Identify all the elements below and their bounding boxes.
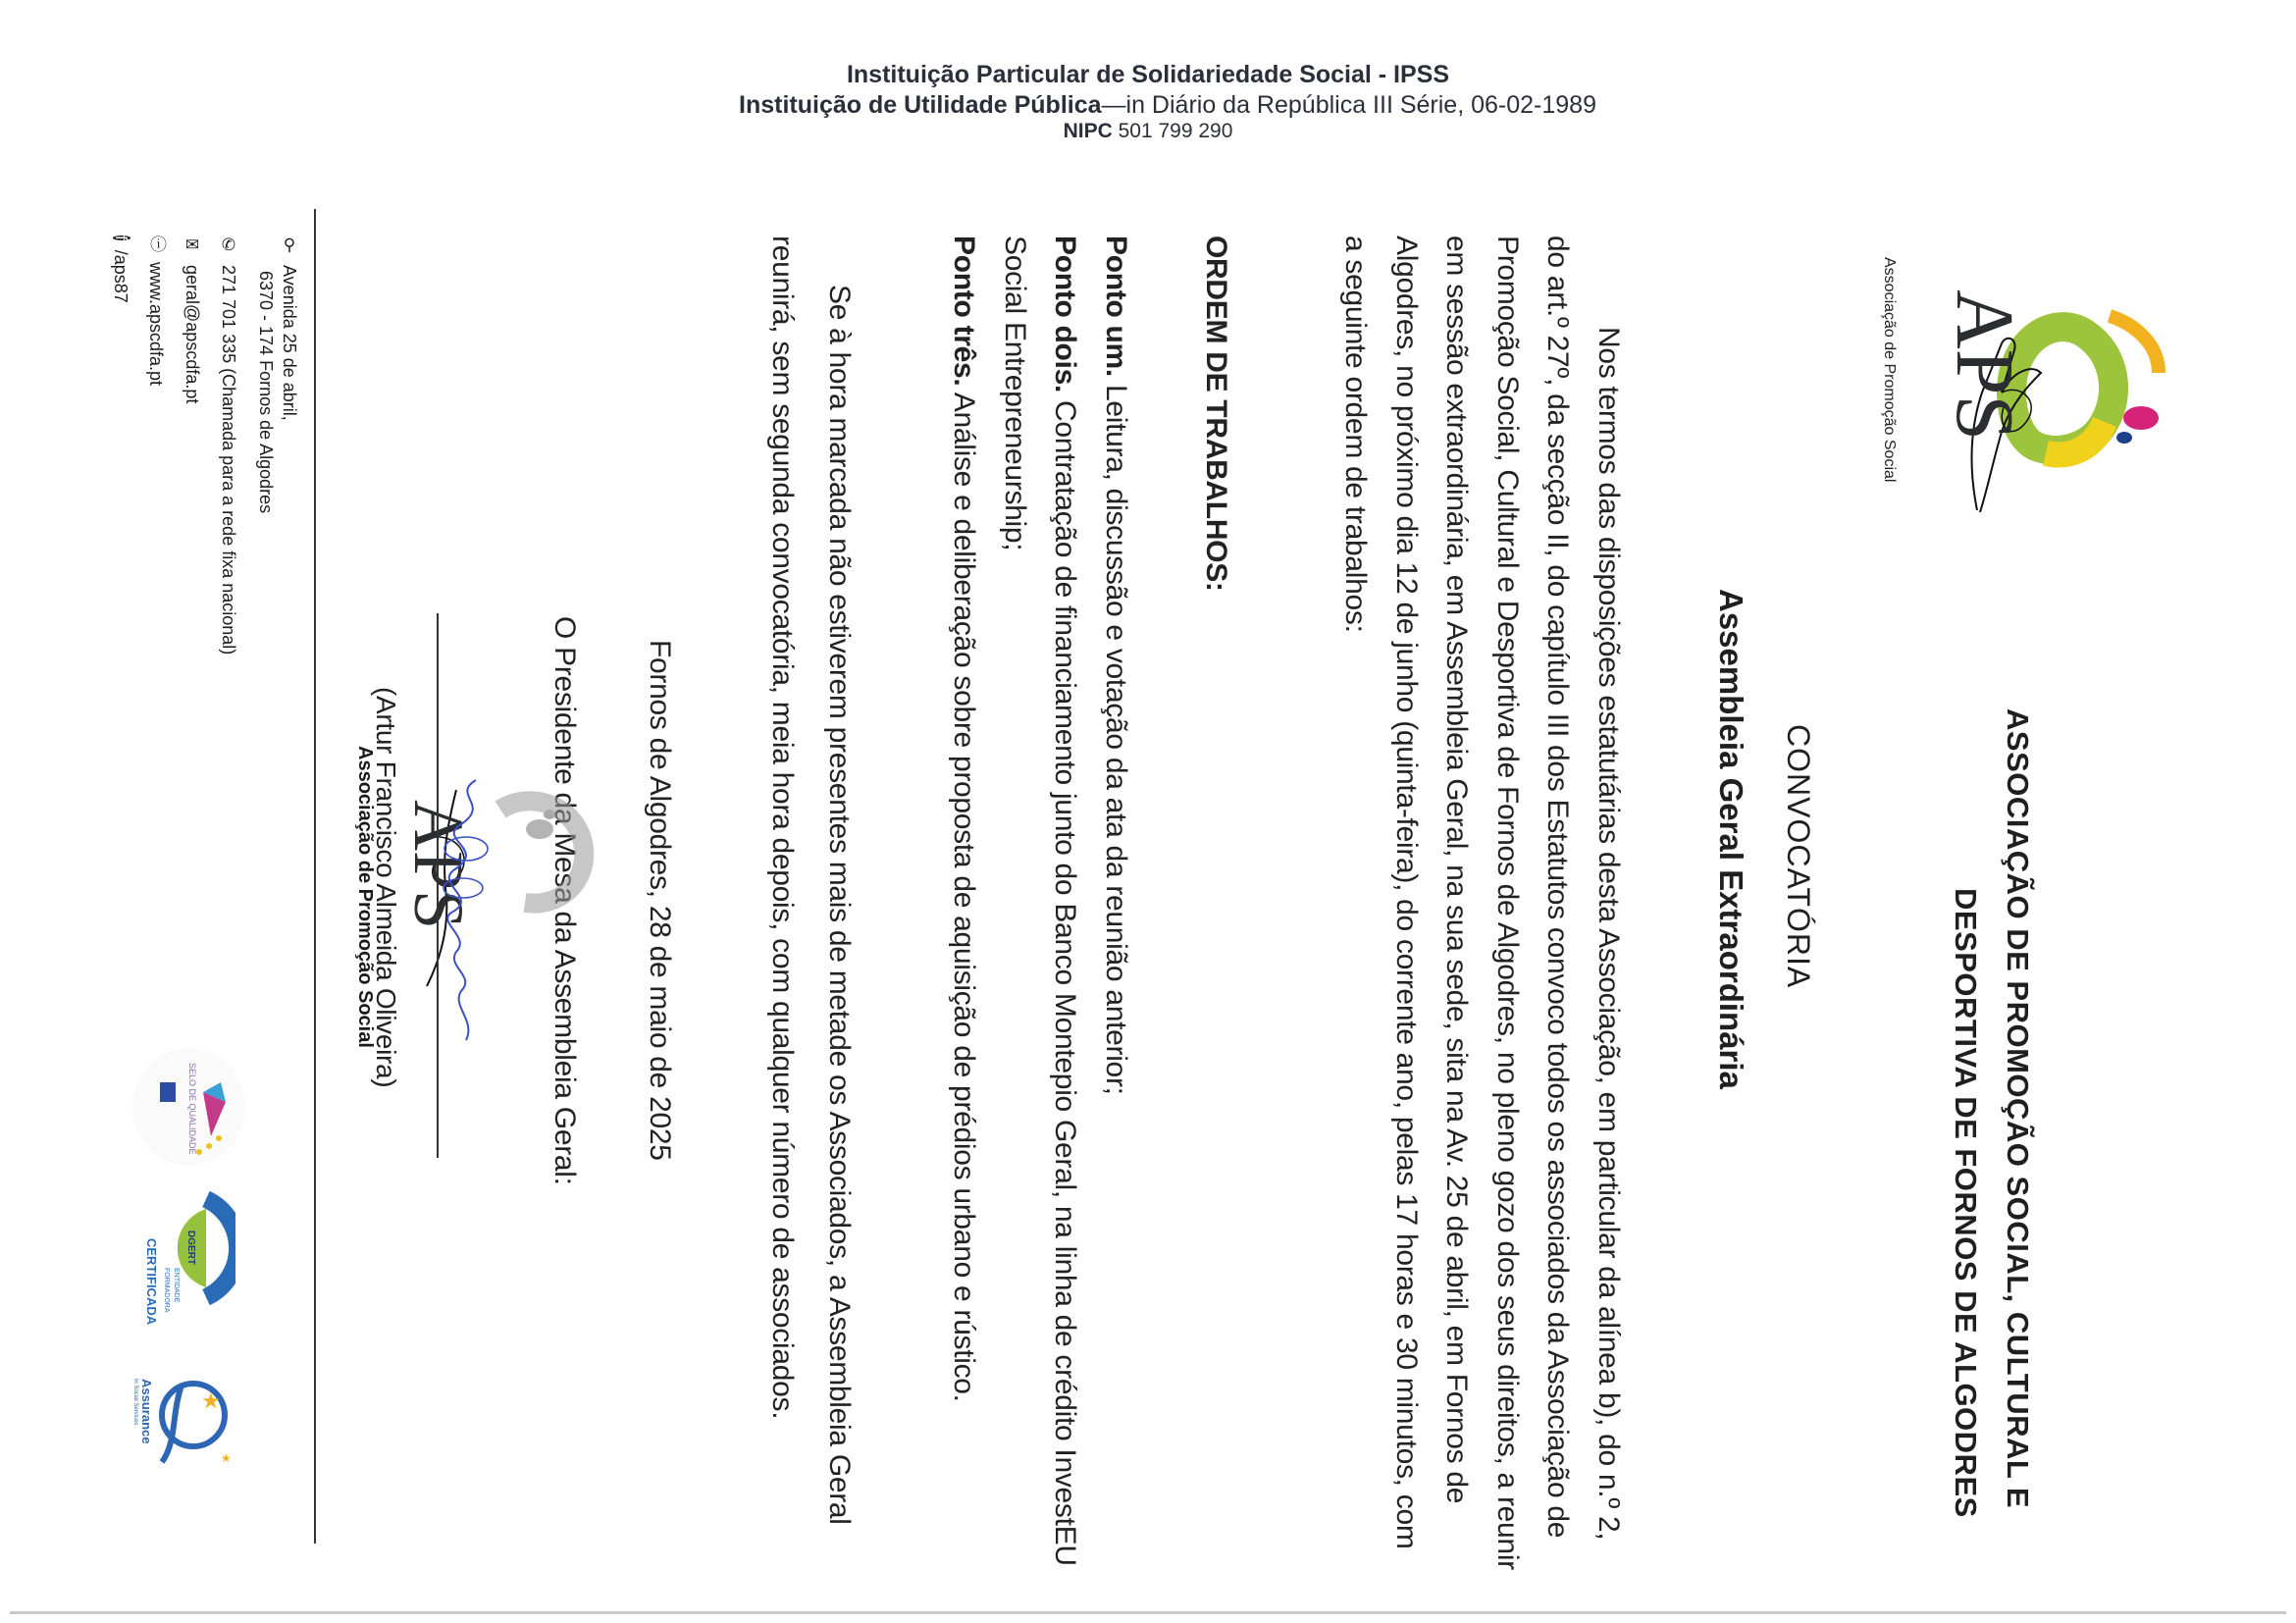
svg-text:DGERT: DGERT xyxy=(185,1230,196,1265)
org-name-line2: DESPORTIVA DE FORNOS DE ALGODRES xyxy=(1948,888,1983,1518)
phone-icon: ✆ xyxy=(221,236,238,255)
org-name-line1: ASSOCIAÇÃO DE PROMOÇÃO SOCIAL, CULTURAL … xyxy=(2000,708,2035,1508)
footer-phone-text: 271 701 335 (Chamada para a rede fixa na… xyxy=(219,265,238,654)
document-subtitle: Assembleia Geral Extraordinária xyxy=(1712,589,1749,1089)
footer-email-text[interactable]: geral@apscdfa.pt xyxy=(183,265,202,403)
facebook-icon: f xyxy=(113,236,130,240)
place-date: Fornos de Algodres, 28 de maio de 2025 xyxy=(643,640,676,1161)
svg-text:★: ★ xyxy=(221,1451,232,1465)
agenda-item-2: Ponto dois. Contratação de financiamento… xyxy=(1048,236,1081,1566)
footer-website-text[interactable]: www.apscdfa.pt xyxy=(146,262,166,386)
agenda-item-3-text: Análise e deliberação sobre proposta de … xyxy=(948,386,980,1401)
svg-text:Assurance: Assurance xyxy=(139,1379,154,1443)
closing-line-1: Se à hora marcada não estiverem presente… xyxy=(822,285,856,1525)
header-nipc-value: 501 799 290 xyxy=(1113,120,1233,142)
header-diario: —in Diário da República III Série, 06-02… xyxy=(1102,91,1596,119)
header-nipc: NIPC 501 799 290 xyxy=(0,120,2296,143)
svg-text:★: ★ xyxy=(201,1388,221,1413)
intro-line-2: do art.º 27º, da secção II, do capítulo … xyxy=(1540,236,1574,1538)
location-pin-icon: ⚲ xyxy=(282,236,299,255)
agenda-item-2-label: Ponto dois. xyxy=(1049,236,1081,393)
svg-text:CERTIFICADA: CERTIFICADA xyxy=(144,1238,159,1326)
aps-logo-subtitle: Associação de Promoção Social xyxy=(1880,257,1898,482)
handwritten-signature xyxy=(422,775,510,1050)
intro-line-4: em sessão extraordinária, em Assembleia … xyxy=(1439,236,1473,1503)
agenda-item-1-label: Ponto um. xyxy=(1100,236,1132,377)
web-icon: ⓘ xyxy=(151,236,169,252)
badge-assurance: ★ ★ Assurance in Social Services xyxy=(123,1364,240,1472)
closing-line-2: reunirá, sem segunda convocatória, meia … xyxy=(765,236,799,1419)
agenda-item-3: Ponto três. Análise e deliberação sobre … xyxy=(947,236,980,1402)
footer-email[interactable]: ✉geral@apscdfa.pt xyxy=(182,236,202,403)
intro-line-5: Algodres, no próximo dia 12 de junho (qu… xyxy=(1389,236,1423,1549)
intro-line-1: Nos termos das disposições estatutárias … xyxy=(1592,327,1625,1540)
agenda-item-2-cont-text: Social Entrepreneurship; xyxy=(999,236,1031,550)
svg-text:ENTIDADE: ENTIDADE xyxy=(173,1268,180,1303)
header-ipss: Instituição Particular de Solidariedade … xyxy=(0,61,2296,89)
page-edge-line xyxy=(10,1611,2286,1614)
svg-text:APS: APS xyxy=(1939,289,2030,441)
aps-logo-icon: APS xyxy=(1864,245,2178,540)
document-title: CONVOCATÓRIA xyxy=(1780,724,1816,988)
header-utilidade-label: Instituição de Utilidade Pública xyxy=(739,91,1102,119)
svg-text:FORMADORA: FORMADORA xyxy=(163,1268,170,1313)
agenda-heading: ORDEM DE TRABALHOS: xyxy=(1199,236,1232,592)
header-nipc-label: NIPC xyxy=(1064,120,1113,142)
signature-scribble-icon xyxy=(422,775,510,1050)
dgert-icon: DGERT CERTIFICADA FORMADORA ENTIDADE xyxy=(128,1189,235,1346)
agenda-item-3-label: Ponto três. xyxy=(948,236,980,386)
stamp-text: Associação de Promoção Social xyxy=(353,746,376,1048)
intro-line-6: a seguinte ordem de trabalhos: xyxy=(1338,236,1372,633)
signature-line xyxy=(437,613,439,1158)
email-icon: ✉ xyxy=(184,236,202,255)
agenda-item-2-text: Contratação de financiamento junto do Ba… xyxy=(1049,393,1081,1566)
agenda-item-1: Ponto um. Leitura, discussão e votação d… xyxy=(1099,236,1132,1095)
svg-text:SELO DE QUALIDADE: SELO DE QUALIDADE xyxy=(187,1063,197,1155)
agenda-item-1-text: Leitura, discussão e votação da ata da r… xyxy=(1100,377,1132,1095)
footer-website[interactable]: ⓘwww.apscdfa.pt xyxy=(145,236,169,386)
intro-line-3: Promoção Social, Cultural e Desportiva d… xyxy=(1490,236,1524,1570)
svg-text:in Social Services: in Social Services xyxy=(132,1379,138,1425)
assurance-icon: ★ ★ Assurance in Social Services xyxy=(123,1364,240,1472)
footer-phone: ✆271 701 335 (Chamada para a rede fixa n… xyxy=(218,236,238,654)
badge-dgert: DGERT CERTIFICADA FORMADORA ENTIDADE xyxy=(128,1189,235,1346)
agenda-item-2-cont: Social Entrepreneurship; xyxy=(998,236,1031,550)
footer-separator xyxy=(314,209,316,1544)
footer-address-line1: Avenida 25 de abril, xyxy=(280,265,299,421)
aps-logo: APS xyxy=(1864,245,2178,540)
badge-selo-qualidade: SELO DE QUALIDADE xyxy=(132,1048,245,1166)
footer-address-2: 6370 - 174 Fornos de Algodres xyxy=(255,271,276,513)
footer-facebook[interactable]: f/aps87 xyxy=(110,236,130,303)
selo-qualidade-icon: SELO DE QUALIDADE xyxy=(132,1048,245,1166)
footer-address-1: ⚲Avenida 25 de abril, xyxy=(279,236,299,421)
header-utilidade-publica: Instituição de Utilidade Pública—in Diár… xyxy=(20,91,2296,120)
footer-facebook-text[interactable]: /aps87 xyxy=(111,250,130,303)
